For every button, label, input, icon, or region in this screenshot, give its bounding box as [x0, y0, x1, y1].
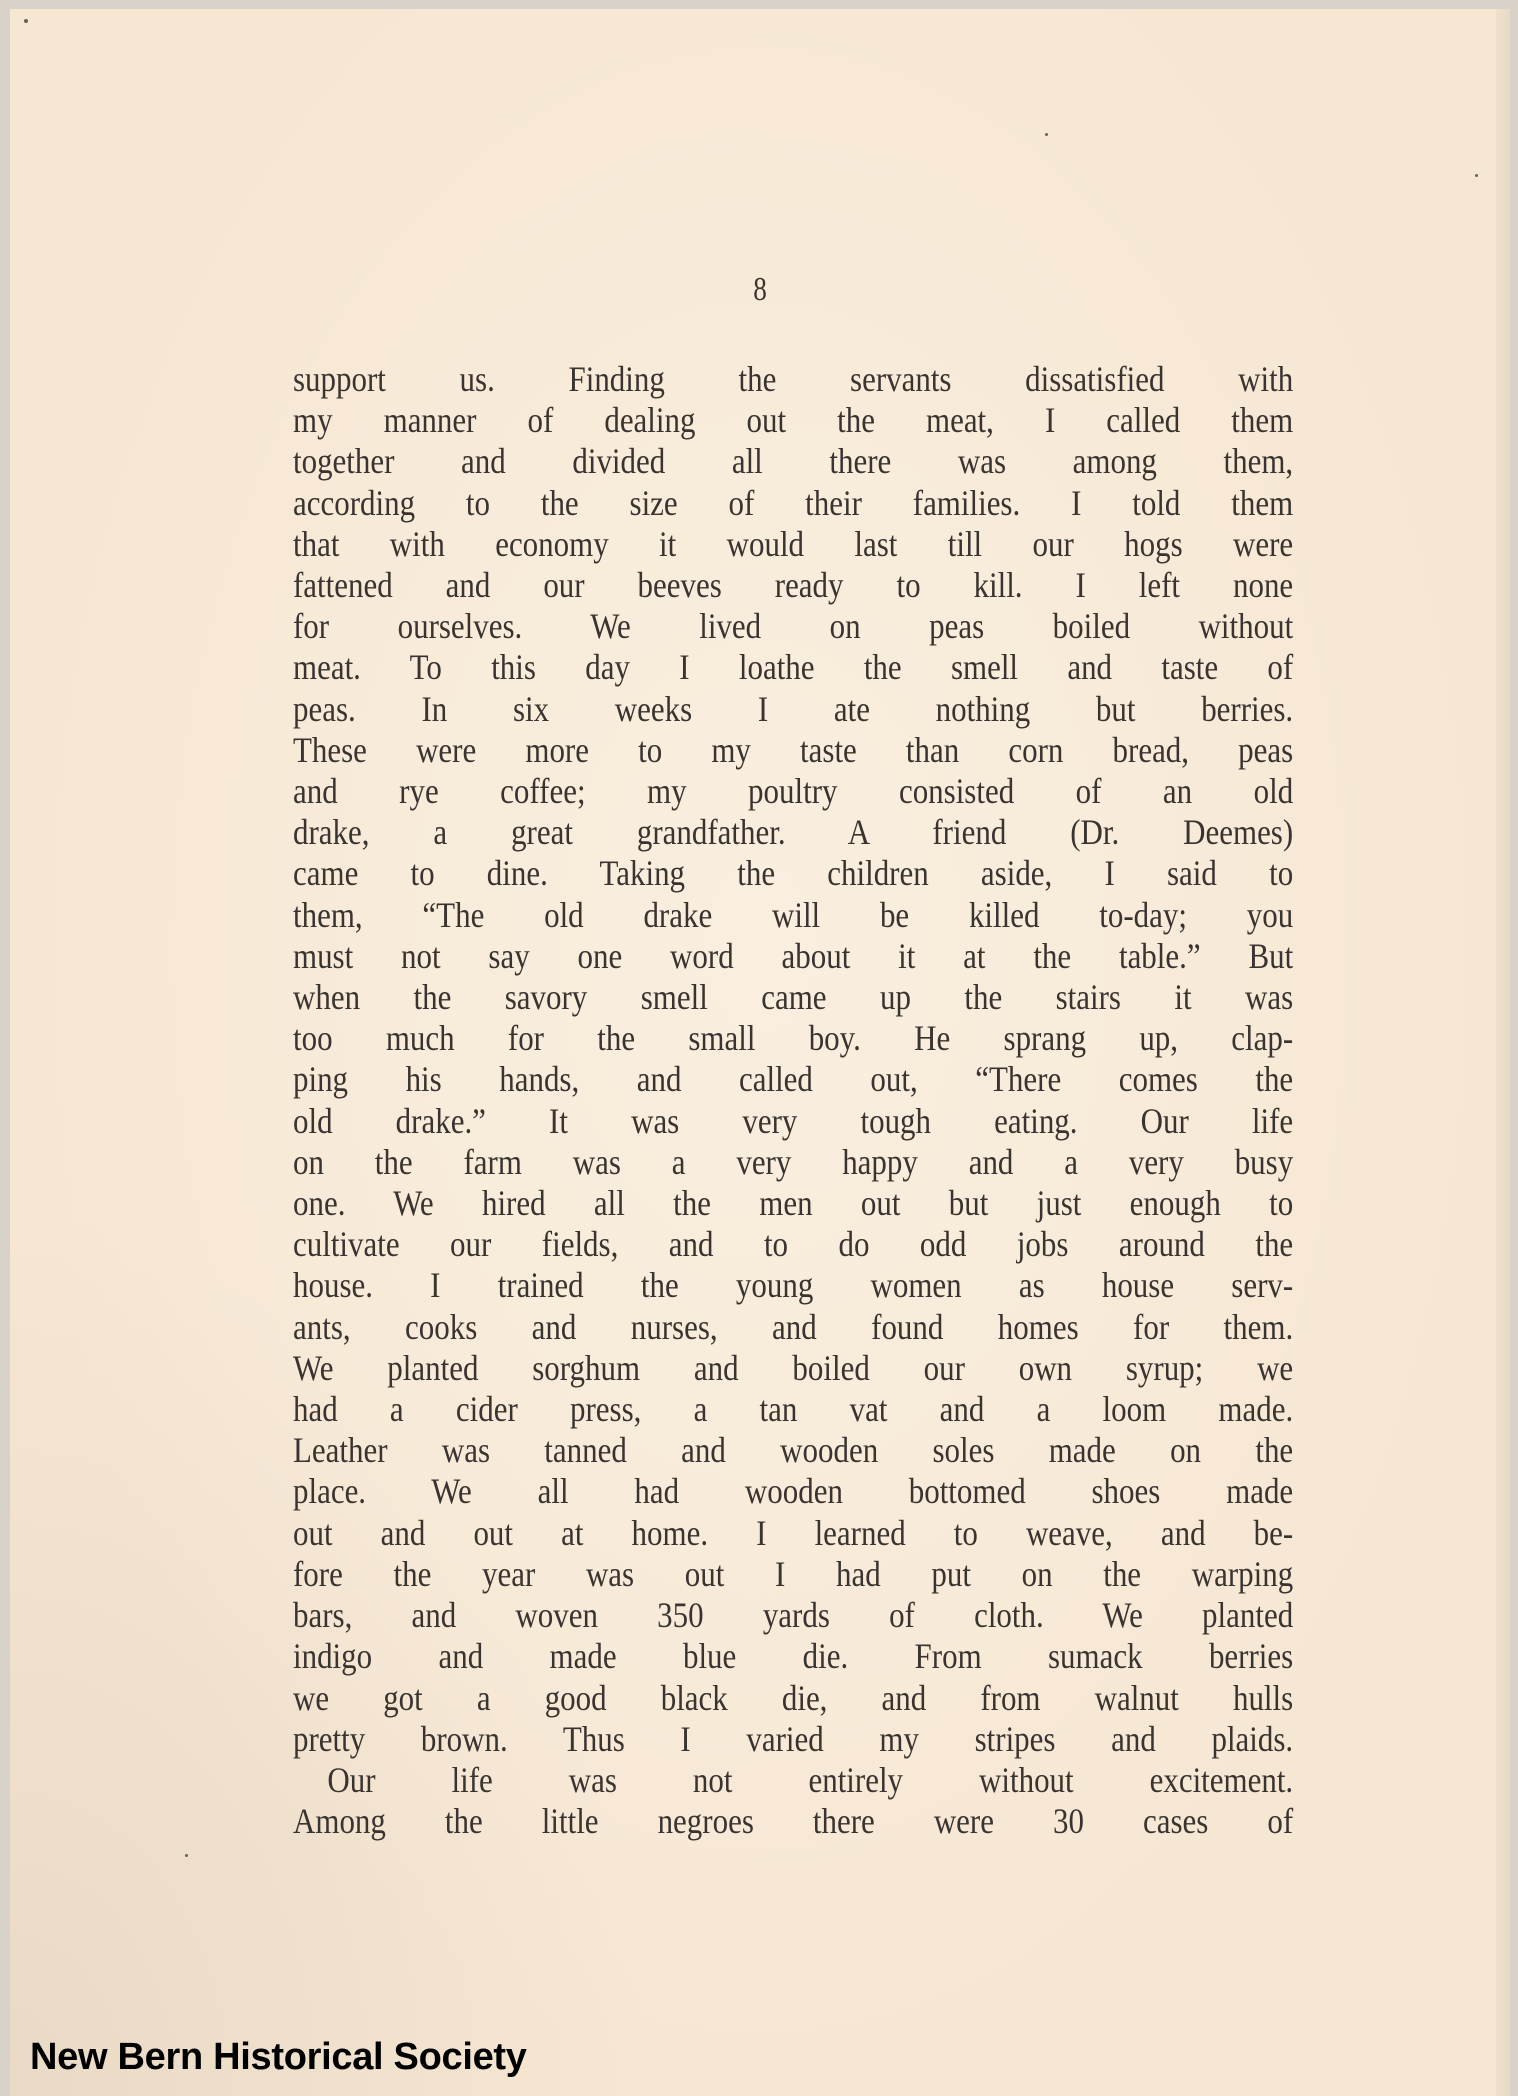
text-line: according to the size of their families.…	[293, 483, 1293, 524]
text-line: These were more to my taste than corn br…	[293, 730, 1293, 771]
text-line: together and divided all there was among…	[293, 441, 1293, 482]
text-line: ants, cooks and nurses, and found homes …	[293, 1307, 1293, 1348]
text-line: out and out at home. I learned to weave,…	[293, 1513, 1293, 1554]
text-line: when the savory smell came up the stairs…	[293, 977, 1293, 1018]
text-line: too much for the small boy. He sprang up…	[293, 1018, 1293, 1059]
text-line: and rye coffee; my poultry consisted of …	[293, 771, 1293, 812]
text-line: indigo and made blue die. From sumack be…	[293, 1636, 1293, 1677]
page-number: 8	[160, 271, 1360, 309]
scanned-page: 8 support us. Finding the servants dissa…	[10, 9, 1510, 2096]
text-line: support us. Finding the servants dissati…	[293, 359, 1293, 400]
text-line: cultivate our fields, and to do odd jobs…	[293, 1224, 1293, 1265]
text-line: them, “The old drake will be killed to-d…	[293, 895, 1293, 936]
text-line: on the farm was a very happy and a very …	[293, 1142, 1293, 1183]
text-line: fattened and our beeves ready to kill. I…	[293, 565, 1293, 606]
watermark-label: New Bern Historical Society	[30, 2036, 527, 2079]
paper-speck	[185, 1854, 188, 1857]
text-line: bars, and woven 350 yards of cloth. We p…	[293, 1595, 1293, 1636]
text-line: we got a good black die, and from walnut…	[293, 1678, 1293, 1719]
paper-speck	[1045, 133, 1048, 136]
text-line: pretty brown. Thus I varied my stripes a…	[293, 1719, 1293, 1760]
text-line: place. We all had wooden bottomed shoes …	[293, 1471, 1293, 1512]
paper-speck	[24, 19, 28, 23]
text-line: my manner of dealing out the meat, I cal…	[293, 400, 1293, 441]
text-line: Among the little negroes there were 30 c…	[293, 1801, 1293, 1842]
text-line: had a cider press, a tan vat and a loom …	[293, 1389, 1293, 1430]
text-line: meat. To this day I loathe the smell and…	[293, 647, 1293, 688]
page-edge-shadow	[1496, 9, 1510, 2096]
text-line: for ourselves. We lived on peas boiled w…	[293, 606, 1293, 647]
text-line: house. I trained the young women as hous…	[293, 1265, 1293, 1306]
text-line: one. We hired all the men out but just e…	[293, 1183, 1293, 1224]
paragraph-start-line: Our life was not entirely without excite…	[293, 1760, 1293, 1801]
text-line: We planted sorghum and boiled our own sy…	[293, 1348, 1293, 1389]
text-line: must not say one word about it at the ta…	[293, 936, 1293, 977]
text-line: came to dine. Taking the children aside,…	[293, 853, 1293, 894]
text-line: old drake.” It was very tough eating. Ou…	[293, 1101, 1293, 1142]
body-text: support us. Finding the servants dissati…	[293, 359, 1293, 1842]
text-line: ping his hands, and called out, “There c…	[293, 1059, 1293, 1100]
text-line: drake, a great grandfather. A friend (Dr…	[293, 812, 1293, 853]
paper-speck	[1475, 174, 1478, 177]
text-line: peas. In six weeks I ate nothing but ber…	[293, 689, 1293, 730]
text-line: that with economy it would last till our…	[293, 524, 1293, 565]
text-line: fore the year was out I had put on the w…	[293, 1554, 1293, 1595]
text-line: Leather was tanned and wooden soles made…	[293, 1430, 1293, 1471]
